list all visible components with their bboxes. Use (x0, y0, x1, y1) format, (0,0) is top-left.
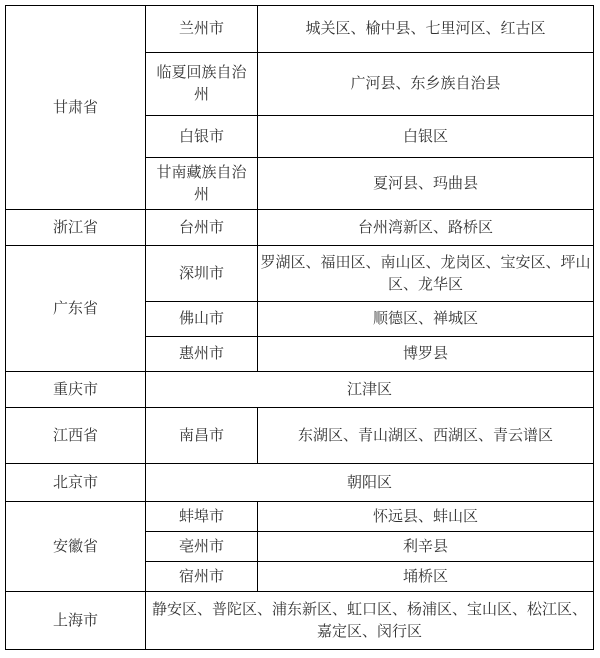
table-row: 安徽省 蚌埠市 怀远县、蚌山区 (6, 502, 594, 532)
districts-cell: 东湖区、青山湖区、西湖区、青云谱区 (258, 408, 594, 464)
districts-cell: 白银区 (258, 116, 594, 158)
table-row: 重庆市 江津区 (6, 372, 594, 408)
districts-cell: 城关区、榆中县、七里河区、红古区 (258, 6, 594, 53)
districts-cell: 罗湖区、福田区、南山区、龙岗区、宝安区、坪山区、龙华区 (258, 246, 594, 302)
districts-cell: 埇桥区 (258, 562, 594, 592)
province-cell: 甘肃省 (6, 6, 146, 210)
city-cell: 惠州市 (146, 337, 258, 372)
districts-cell: 静安区、普陀区、浦东新区、虹口区、杨浦区、宝山区、松江区、嘉定区、闵行区 (146, 592, 594, 650)
province-cell: 重庆市 (6, 372, 146, 408)
districts-cell: 顺德区、禅城区 (258, 302, 594, 337)
province-cell: 上海市 (6, 592, 146, 650)
districts-cell: 江津区 (146, 372, 594, 408)
page: 甘肃省 兰州市 城关区、榆中县、七里河区、红古区 临夏回族自治州 广河县、东乡族… (0, 0, 600, 658)
city-cell: 佛山市 (146, 302, 258, 337)
city-cell: 宿州市 (146, 562, 258, 592)
province-cell: 安徽省 (6, 502, 146, 592)
districts-cell: 夏河县、玛曲县 (258, 158, 594, 210)
districts-cell: 广河县、东乡族自治县 (258, 53, 594, 116)
province-cell: 广东省 (6, 246, 146, 372)
city-cell: 深圳市 (146, 246, 258, 302)
admin-regions-table: 甘肃省 兰州市 城关区、榆中县、七里河区、红古区 临夏回族自治州 广河县、东乡族… (5, 5, 594, 650)
districts-cell: 台州湾新区、路桥区 (258, 210, 594, 246)
table-row: 北京市 朝阳区 (6, 464, 594, 502)
districts-cell: 博罗县 (258, 337, 594, 372)
city-cell: 临夏回族自治州 (146, 53, 258, 116)
districts-cell: 朝阳区 (146, 464, 594, 502)
districts-cell: 怀远县、蚌山区 (258, 502, 594, 532)
table-row: 上海市 静安区、普陀区、浦东新区、虹口区、杨浦区、宝山区、松江区、嘉定区、闵行区 (6, 592, 594, 650)
table-row: 浙江省 台州市 台州湾新区、路桥区 (6, 210, 594, 246)
city-cell: 台州市 (146, 210, 258, 246)
city-cell: 白银市 (146, 116, 258, 158)
table-row: 甘肃省 兰州市 城关区、榆中县、七里河区、红古区 (6, 6, 594, 53)
table-row: 广东省 深圳市 罗湖区、福田区、南山区、龙岗区、宝安区、坪山区、龙华区 (6, 246, 594, 302)
city-cell: 亳州市 (146, 532, 258, 562)
city-cell: 蚌埠市 (146, 502, 258, 532)
districts-cell: 利辛县 (258, 532, 594, 562)
city-cell: 南昌市 (146, 408, 258, 464)
city-cell: 兰州市 (146, 6, 258, 53)
province-cell: 江西省 (6, 408, 146, 464)
province-cell: 北京市 (6, 464, 146, 502)
province-cell: 浙江省 (6, 210, 146, 246)
table-row: 江西省 南昌市 东湖区、青山湖区、西湖区、青云谱区 (6, 408, 594, 464)
city-cell: 甘南藏族自治州 (146, 158, 258, 210)
